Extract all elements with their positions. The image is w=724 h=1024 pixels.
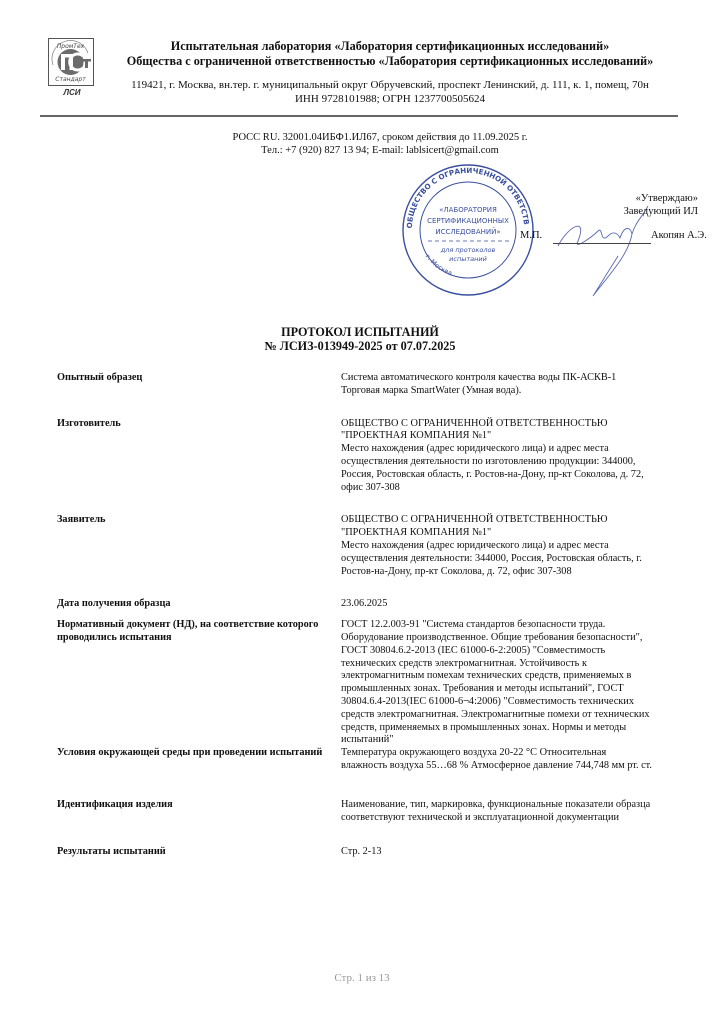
protocol-number: № ЛСИЗ-013949-2025 от 07.07.2025	[150, 339, 570, 353]
header-divider	[40, 115, 678, 117]
field-value-line: ОБЩЕСТВО С ОГРАНИЧЕННОЙ ОТВЕТСТВЕННОСТЬЮ	[341, 514, 687, 527]
field-row: Нормативный документ (НД), на соответств…	[57, 619, 687, 747]
field-value-line: Стр. 2-13	[341, 846, 687, 859]
field-value-line: средств электромагнитная. Электромагнитн…	[341, 709, 687, 722]
field-value-line: Ростов-на-Дону, пр-кт Соколова, д. 72, о…	[341, 566, 687, 579]
page-number: Стр. 1 из 13	[0, 972, 724, 984]
field-value: Наименование, тип, маркировка, функциона…	[341, 799, 687, 825]
field-label: Нормативный документ (НД), на соответств…	[57, 619, 341, 747]
stamp-line2: СЕРТИФИКАЦИОННЫХ	[427, 217, 509, 225]
field-value-line: Место нахождения (адрес юридического лиц…	[341, 540, 687, 553]
stamp-line5: испытаний	[449, 255, 487, 263]
field-label: Опытный образец	[57, 372, 341, 398]
logo-bottom-text: Стандарт	[55, 76, 86, 83]
field-label: Заявитель	[57, 514, 341, 578]
field-value-line: осуществления деятельности: 344000, Росс…	[341, 553, 687, 566]
stamp-line3: ИССЛЕДОВАНИЙ»	[435, 227, 500, 236]
field-value-line: "ПРОЕКТНАЯ КОМПАНИЯ №1"	[341, 430, 687, 443]
field-row: ЗаявительОБЩЕСТВО С ОГРАНИЧЕННОЙ ОТВЕТСТ…	[57, 514, 687, 578]
field-value-line: технических средств электромагнитная. Ус…	[341, 658, 687, 671]
title-line: ПРОТОКОЛ ИСПЫТАНИЙ	[150, 325, 570, 339]
signer-name: Акопян А.Э.	[651, 230, 707, 241]
field-value: ОБЩЕСТВО С ОГРАНИЧЕННОЙ ОТВЕТСТВЕННОСТЬЮ…	[341, 418, 687, 495]
field-value-line: офис 307-308	[341, 482, 687, 495]
field-label: Результаты испытаний	[57, 846, 341, 859]
field-value-line: Место нахождения (адрес юридического лиц…	[341, 443, 687, 456]
field-value: Система автоматического контроля качеств…	[341, 372, 687, 398]
address-line: 119421, г. Москва, вн.тер. г. муниципаль…	[100, 78, 680, 92]
contacts: Тел.: +7 (920) 827 13 94; E-mail: lablsi…	[160, 144, 600, 157]
field-value-line: электромагнитным помехам технических сре…	[341, 670, 687, 683]
field-value-line: осуществления деятельности по изготовлен…	[341, 456, 687, 469]
field-value-line: Наименование, тип, маркировка, функциона…	[341, 799, 687, 812]
field-label: Изготовитель	[57, 418, 341, 495]
field-label: Дата получения образца	[57, 598, 341, 611]
field-value-line: средств, применяемых в промышленных зона…	[341, 722, 687, 735]
accreditation-info: РОСС RU. 32001.04ИБФ1.ИЛ67, сроком дейст…	[160, 131, 600, 157]
field-value-line: Оборудование производственное. Общие тре…	[341, 632, 687, 645]
approver-position: Заведующий ИЛ	[624, 205, 698, 218]
org-name: Общества с ограниченной ответственностью…	[100, 54, 680, 69]
field-value-line: соответствуют технической и эксплуатацио…	[341, 812, 687, 825]
registration-line: ИНН 9728101988; ОГРН 1237700505624	[100, 92, 680, 106]
field-value-line: ГОСТ 12.2.003-91 "Система стандартов без…	[341, 619, 687, 632]
field-value-line: 23.06.2025	[341, 598, 687, 611]
field-value: 23.06.2025	[341, 598, 687, 611]
field-value-line: испытаний"	[341, 734, 687, 747]
certification-logo-icon: ПромТех Стандарт	[48, 38, 94, 86]
field-value-line: Торговая марка SmartWater (Умная вода).	[341, 385, 687, 398]
logo-caption: ЛСИ	[50, 88, 94, 97]
logo-top-text: ПромТех	[57, 43, 85, 50]
field-value-line: влажность воздуха 55…68 % Атмосферное да…	[341, 760, 687, 773]
field-row: Условия окружающей среды при проведении …	[57, 747, 687, 773]
approval-block: «Утверждаю» Заведующий ИЛ	[624, 192, 698, 218]
field-value-line: ОБЩЕСТВО С ОГРАНИЧЕННОЙ ОТВЕТСТВЕННОСТЬЮ	[341, 418, 687, 431]
stamp-line4: для протоколов	[440, 246, 496, 254]
field-value: Стр. 2-13	[341, 846, 687, 859]
field-value-line: Россия, Ростовская область, г. Ростов-на…	[341, 469, 687, 482]
field-value-line: ГОСТ 30804.6.2-2013 (IEC 61000-6-2:2005)…	[341, 645, 687, 658]
field-value-line: "ПРОЕКТНАЯ КОМПАНИЯ №1"	[341, 527, 687, 540]
field-row: Дата получения образца23.06.2025	[57, 598, 687, 611]
field-value-line: промышленных зонах. Требования и методы …	[341, 683, 687, 696]
protocol-fields: Опытный образецСистема автоматического к…	[57, 372, 687, 859]
seal-place-label: М.П.	[520, 230, 542, 241]
field-row: Идентификация изделияНаименование, тип, …	[57, 799, 687, 825]
field-row: Результаты испытанийСтр. 2-13	[57, 846, 687, 859]
field-value-line: 30804.6.4-2013(IEC 61000-6¬4:2006) "Совм…	[341, 696, 687, 709]
approval-heading: «Утверждаю»	[624, 192, 698, 205]
field-row: ИзготовительОБЩЕСТВО С ОГРАНИЧЕННОЙ ОТВЕ…	[57, 418, 687, 495]
field-row: Опытный образецСистема автоматического к…	[57, 372, 687, 398]
field-value-line: Температура окружающего воздуха 20-22 °С…	[341, 747, 687, 760]
stamp-seal-icon: ОБЩЕСТВО С ОГРАНИЧЕННОЙ ОТВЕТСТВЕННОСТЬЮ…	[398, 162, 540, 298]
lab-name: Испытательная лаборатория «Лаборатория с…	[100, 39, 680, 54]
field-value: ОБЩЕСТВО С ОГРАНИЧЕННОЙ ОТВЕТСТВЕННОСТЬЮ…	[341, 514, 687, 578]
org-address: 119421, г. Москва, вн.тер. г. муниципаль…	[100, 78, 680, 106]
field-value: Температура окружающего воздуха 20-22 °С…	[341, 747, 687, 773]
accreditation-number: РОСС RU. 32001.04ИБФ1.ИЛ67, сроком дейст…	[160, 131, 600, 144]
field-value: ГОСТ 12.2.003-91 "Система стандартов без…	[341, 619, 687, 747]
stamp-line1: «ЛАБОРАТОРИЯ	[439, 206, 497, 214]
field-label: Идентификация изделия	[57, 799, 341, 825]
field-label: Условия окружающей среды при проведении …	[57, 747, 341, 773]
signature-line	[553, 243, 651, 244]
field-value-line: Система автоматического контроля качеств…	[341, 372, 687, 385]
document-title: ПРОТОКОЛ ИСПЫТАНИЙ № ЛСИЗ-013949-2025 от…	[150, 325, 570, 353]
